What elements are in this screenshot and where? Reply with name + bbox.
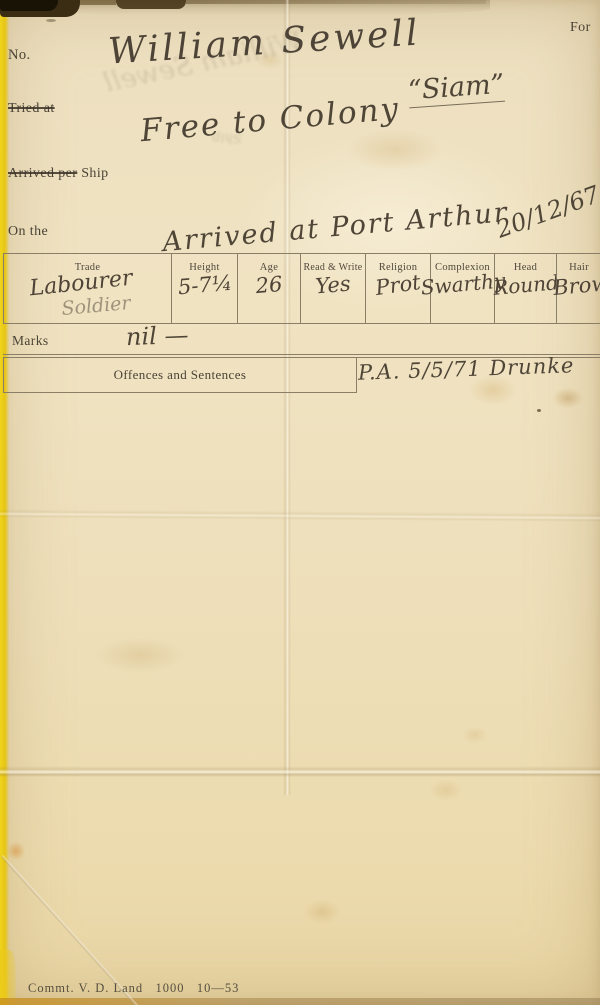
field-label-tried-at: Tried at <box>8 101 55 117</box>
column-age: Age 26 <box>237 254 300 323</box>
scanned-convict-record: William Sewell Ship For No. Tried at Arr… <box>0 0 600 1005</box>
paper-speck <box>537 409 541 412</box>
ship-name-underlined: “Siam” <box>407 69 506 109</box>
paper-background <box>0 0 600 1005</box>
arrived-per-struck: Arrived per <box>8 166 77 181</box>
table-header-age: Age <box>238 254 300 273</box>
arrived-ship-word: Ship <box>81 166 108 181</box>
read-write-value: Yes <box>314 272 351 299</box>
trade-second-value: Soldier <box>60 292 131 320</box>
bottom-edge-shadow <box>0 998 600 1005</box>
description-table: Trade Labourer Soldier Height 5-7¼ Age 2… <box>3 253 600 324</box>
torn-corner-patch-dark <box>0 0 58 11</box>
field-label-no: No. <box>8 47 31 64</box>
column-trade: Trade Labourer Soldier <box>4 254 171 323</box>
age-value: 26 <box>255 272 284 298</box>
head-value: Round <box>492 270 560 300</box>
offences-label: Offences and Sentences <box>114 367 247 383</box>
handwritten-ship-name: “Siam” <box>407 69 505 107</box>
table-header-religion: Religion <box>366 254 430 273</box>
field-label-marks: Marks <box>12 333 49 349</box>
printers-imprint: Commt. V. D. Land 1000 10—53 <box>28 981 239 996</box>
torn-edge-patch <box>186 0 486 4</box>
column-hair: Hair Brown <box>556 254 600 323</box>
column-height: Height 5-7¼ <box>171 254 237 323</box>
height-value: 5-7¼ <box>176 271 232 300</box>
column-complexion: Complexion Swarthy <box>430 254 494 323</box>
form-corner-label: For <box>570 20 591 36</box>
handwritten-marks-value: nil — <box>126 321 189 351</box>
field-label-on-the: On the <box>8 224 48 240</box>
hair-value: Brown <box>552 270 600 300</box>
torn-edge-patch <box>80 0 116 5</box>
column-read-write: Read & Write Yes <box>300 254 365 323</box>
religion-value: Prot <box>374 270 422 300</box>
column-head: Head Round <box>494 254 556 323</box>
torn-edge-patch <box>116 0 186 9</box>
field-label-arrived-per-ship: Arrived per Ship <box>8 166 109 182</box>
scan-edge-wedge <box>0 950 16 1005</box>
offences-header-box: Offences and Sentences <box>3 357 357 393</box>
table-header-read-write: Read & Write <box>301 254 365 273</box>
table-header-hair: Hair <box>557 254 600 273</box>
horizontal-fold-crease <box>0 766 600 777</box>
paper-speck <box>46 19 56 22</box>
